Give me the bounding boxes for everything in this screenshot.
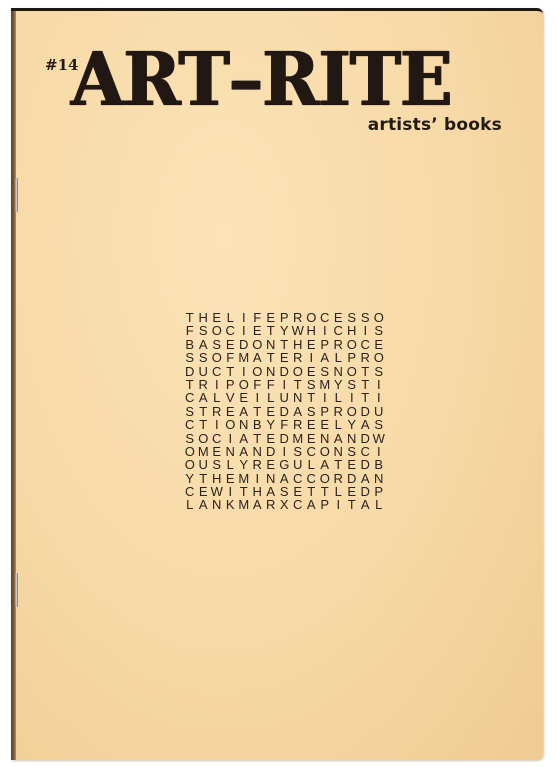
grid-letter: U: [278, 391, 292, 404]
binding-spine: [11, 11, 16, 760]
grid-letter: E: [264, 432, 278, 445]
grid-letter: T: [359, 391, 373, 404]
grid-letter: O: [305, 311, 319, 324]
grid-letter: E: [251, 324, 265, 337]
grid-letter: I: [210, 418, 224, 431]
grid-letter: L: [372, 498, 386, 511]
grid-letter: O: [318, 472, 332, 485]
grid-letter: I: [372, 445, 386, 458]
grid-letter: U: [197, 458, 211, 471]
grid-letter: H: [197, 311, 211, 324]
grid-letter: A: [359, 418, 373, 431]
grid-letter: B: [372, 458, 386, 471]
grid-letter: C: [291, 498, 305, 511]
grid-letter: T: [345, 498, 359, 511]
grid-letter: I: [224, 485, 238, 498]
grid-letter: X: [278, 498, 292, 511]
magazine-cover: #14 ART–RITE artists’ books THELIFEPROCE…: [11, 8, 543, 760]
grid-letter: F: [251, 311, 265, 324]
grid-letter: L: [332, 485, 346, 498]
grid-letter: R: [197, 378, 211, 391]
grid-letter: R: [332, 405, 346, 418]
grid-letter: O: [251, 338, 265, 351]
grid-letter: Y: [183, 472, 197, 485]
grid-letter: A: [318, 458, 332, 471]
grid-letter: I: [372, 378, 386, 391]
grid-letter: L: [224, 458, 238, 471]
grid-letter: Y: [332, 378, 346, 391]
grid-letter: I: [237, 324, 251, 337]
grid-letter: C: [183, 418, 197, 431]
grid-letter: M: [318, 378, 332, 391]
grid-letter: R: [291, 418, 305, 431]
grid-letter: M: [237, 351, 251, 364]
grid-letter: N: [251, 445, 265, 458]
grid-letter: D: [278, 365, 292, 378]
grid-letter: Y: [264, 418, 278, 431]
grid-letter: I: [278, 445, 292, 458]
grid-row: BASEDONTHEPROCE: [183, 338, 386, 351]
grid-letter: T: [183, 311, 197, 324]
grid-letter: I: [278, 378, 292, 391]
grid-letter: S: [291, 445, 305, 458]
grid-letter: O: [210, 324, 224, 337]
grid-letter: E: [291, 485, 305, 498]
grid-letter: O: [183, 458, 197, 471]
grid-letter: S: [359, 311, 373, 324]
grid-letter: O: [345, 365, 359, 378]
grid-letter: O: [183, 445, 197, 458]
grid-letter: N: [264, 338, 278, 351]
grid-letter: R: [332, 338, 346, 351]
grid-letter: T: [278, 338, 292, 351]
grid-letter: T: [359, 378, 373, 391]
grid-letter: F: [224, 351, 238, 364]
grid-letter: N: [332, 365, 346, 378]
grid-letter: K: [224, 498, 238, 511]
grid-letter: H: [305, 324, 319, 337]
grid-row: CEWITHASETTLEDP: [183, 485, 386, 498]
grid-letter: Y: [237, 458, 251, 471]
grid-letter: T: [251, 432, 265, 445]
grid-letter: P: [372, 485, 386, 498]
grid-letter: A: [237, 445, 251, 458]
grid-letter: T: [251, 405, 265, 418]
grid-letter: I: [359, 324, 373, 337]
grid-letter: N: [264, 365, 278, 378]
grid-letter: I: [251, 391, 265, 404]
grid-row: SOCIATEDMENANDW: [183, 432, 386, 445]
grid-row: THELIFEPROCESSO: [183, 311, 386, 324]
letter-grid: THELIFEPROCESSOFSOCIETYWHICHISBASEDONTHE…: [183, 311, 386, 512]
grid-letter: I: [251, 472, 265, 485]
grid-letter: A: [332, 432, 346, 445]
grid-letter: I: [332, 498, 346, 511]
grid-letter: O: [345, 338, 359, 351]
grid-letter: C: [359, 338, 373, 351]
grid-letter: N: [345, 432, 359, 445]
grid-letter: P: [278, 311, 292, 324]
grid-letter: S: [318, 365, 332, 378]
grid-letter: F: [183, 324, 197, 337]
grid-letter: S: [305, 378, 319, 391]
grid-letter: E: [224, 338, 238, 351]
grid-row: STREATEDASPRODU: [183, 405, 386, 418]
grid-letter: C: [291, 472, 305, 485]
grid-letter: O: [318, 445, 332, 458]
grid-letter: E: [224, 405, 238, 418]
grid-letter: T: [305, 391, 319, 404]
grid-letter: U: [291, 458, 305, 471]
grid-letter: E: [237, 391, 251, 404]
grid-letter: T: [224, 365, 238, 378]
grid-letter: T: [359, 365, 373, 378]
grid-letter: I: [372, 391, 386, 404]
grid-letter: O: [210, 351, 224, 364]
grid-letter: E: [278, 351, 292, 364]
issue-subtitle: artists’ books: [368, 115, 502, 135]
grid-letter: T: [197, 405, 211, 418]
grid-letter: A: [264, 485, 278, 498]
grid-letter: O: [251, 365, 265, 378]
grid-letter: D: [359, 485, 373, 498]
grid-letter: E: [224, 472, 238, 485]
grid-letter: F: [264, 378, 278, 391]
grid-letter: U: [372, 405, 386, 418]
grid-letter: G: [278, 458, 292, 471]
grid-letter: N: [318, 432, 332, 445]
grid-letter: I: [345, 391, 359, 404]
grid-letter: O: [345, 405, 359, 418]
grid-letter: S: [183, 405, 197, 418]
grid-letter: D: [359, 432, 373, 445]
grid-letter: D: [359, 458, 373, 471]
grid-letter: C: [359, 445, 373, 458]
grid-letter: S: [372, 418, 386, 431]
grid-row: OUSLYREGULATEDB: [183, 458, 386, 471]
grid-letter: T: [305, 485, 319, 498]
grid-letter: L: [264, 391, 278, 404]
grid-letter: A: [251, 498, 265, 511]
grid-letter: L: [210, 391, 224, 404]
grid-letter: E: [264, 458, 278, 471]
staple-top: [15, 178, 18, 212]
grid-letter: E: [372, 338, 386, 351]
grid-letter: C: [318, 311, 332, 324]
grid-letter: O: [197, 432, 211, 445]
grid-row: FSOCIETYWHICHIS: [183, 324, 386, 337]
grid-letter: D: [278, 432, 292, 445]
grid-letter: I: [224, 432, 238, 445]
grid-letter: D: [345, 472, 359, 485]
grid-letter: U: [197, 365, 211, 378]
grid-letter: C: [210, 432, 224, 445]
grid-letter: D: [264, 445, 278, 458]
grid-letter: A: [237, 405, 251, 418]
grid-letter: S: [197, 324, 211, 337]
grid-letter: I: [318, 391, 332, 404]
grid-letter: P: [224, 378, 238, 391]
grid-letter: M: [291, 432, 305, 445]
grid-letter: W: [291, 324, 305, 337]
grid-letter: E: [305, 432, 319, 445]
grid-letter: C: [332, 324, 346, 337]
grid-letter: T: [264, 351, 278, 364]
grid-letter: C: [224, 324, 238, 337]
grid-row: SSOFMATERIALPRO: [183, 351, 386, 364]
grid-letter: S: [345, 378, 359, 391]
grid-letter: S: [183, 351, 197, 364]
grid-letter: N: [291, 391, 305, 404]
grid-letter: A: [291, 405, 305, 418]
grid-letter: E: [345, 458, 359, 471]
grid-letter: A: [359, 472, 373, 485]
grid-letter: M: [237, 498, 251, 511]
grid-letter: I: [305, 351, 319, 364]
grid-letter: E: [305, 365, 319, 378]
grid-letter: E: [210, 311, 224, 324]
grid-letter: H: [291, 338, 305, 351]
grid-letter: R: [332, 472, 346, 485]
grid-letter: B: [183, 338, 197, 351]
grid-letter: V: [224, 391, 238, 404]
grid-letter: R: [264, 498, 278, 511]
grid-letter: C: [183, 391, 197, 404]
grid-letter: T: [291, 378, 305, 391]
grid-letter: N: [372, 472, 386, 485]
grid-letter: M: [237, 472, 251, 485]
grid-letter: A: [359, 498, 373, 511]
grid-letter: B: [251, 418, 265, 431]
grid-letter: H: [345, 324, 359, 337]
grid-letter: I: [318, 324, 332, 337]
grid-row: OMENANDISCONSCI: [183, 445, 386, 458]
grid-letter: H: [210, 472, 224, 485]
grid-letter: I: [237, 365, 251, 378]
grid-letter: T: [197, 472, 211, 485]
grid-letter: E: [305, 338, 319, 351]
grid-letter: T: [318, 485, 332, 498]
grid-letter: A: [305, 498, 319, 511]
grid-letter: T: [183, 378, 197, 391]
grid-letter: W: [210, 485, 224, 498]
grid-letter: C: [305, 472, 319, 485]
grid-letter: D: [237, 338, 251, 351]
grid-letter: F: [251, 378, 265, 391]
grid-letter: D: [278, 405, 292, 418]
grid-letter: N: [264, 472, 278, 485]
grid-letter: O: [372, 311, 386, 324]
grid-letter: S: [372, 324, 386, 337]
grid-letter: R: [291, 311, 305, 324]
grid-letter: I: [237, 311, 251, 324]
grid-letter: L: [224, 311, 238, 324]
grid-row: CALVEILUNTILITI: [183, 391, 386, 404]
grid-letter: S: [197, 351, 211, 364]
grid-row: YTHEMINACCORDAN: [183, 472, 386, 485]
grid-letter: Y: [278, 324, 292, 337]
grid-letter: S: [210, 458, 224, 471]
grid-letter: W: [372, 432, 386, 445]
grid-letter: I: [210, 378, 224, 391]
grid-letter: M: [197, 445, 211, 458]
grid-letter: F: [278, 418, 292, 431]
grid-row: LANKMARXCAPITAL: [183, 498, 386, 511]
grid-letter: E: [197, 485, 211, 498]
grid-letter: S: [345, 311, 359, 324]
grid-letter: S: [372, 365, 386, 378]
grid-row: CTIONBYFREELYAS: [183, 418, 386, 431]
grid-letter: L: [332, 418, 346, 431]
grid-letter: N: [237, 418, 251, 431]
grid-letter: A: [237, 432, 251, 445]
grid-letter: N: [210, 498, 224, 511]
grid-letter: S: [305, 405, 319, 418]
grid-letter: T: [332, 458, 346, 471]
grid-letter: S: [345, 445, 359, 458]
grid-letter: E: [332, 311, 346, 324]
grid-letter: R: [359, 351, 373, 364]
grid-letter: E: [305, 418, 319, 431]
grid-letter: N: [332, 445, 346, 458]
grid-letter: D: [359, 405, 373, 418]
grid-letter: A: [197, 391, 211, 404]
grid-letter: C: [210, 365, 224, 378]
grid-letter: H: [251, 485, 265, 498]
grid-letter: E: [345, 485, 359, 498]
grid-letter: A: [251, 351, 265, 364]
grid-letter: R: [210, 405, 224, 418]
grid-letter: N: [224, 445, 238, 458]
grid-letter: A: [278, 472, 292, 485]
grid-letter: L: [183, 498, 197, 511]
grid-letter: R: [251, 458, 265, 471]
grid-letter: E: [264, 405, 278, 418]
grid-letter: L: [332, 391, 346, 404]
grid-letter: S: [278, 485, 292, 498]
grid-row: DUCTIONDOESNOTS: [183, 365, 386, 378]
grid-letter: O: [372, 351, 386, 364]
grid-letter: O: [237, 378, 251, 391]
grid-letter: D: [183, 365, 197, 378]
grid-letter: E: [264, 311, 278, 324]
staple-bottom: [15, 573, 18, 607]
grid-letter: T: [264, 324, 278, 337]
grid-letter: A: [197, 498, 211, 511]
grid-letter: O: [224, 418, 238, 431]
masthead-title: ART–RITE: [71, 35, 480, 125]
grid-letter: L: [305, 458, 319, 471]
grid-letter: S: [183, 432, 197, 445]
grid-letter: P: [318, 338, 332, 351]
grid-letter: T: [237, 485, 251, 498]
grid-letter: R: [291, 351, 305, 364]
grid-letter: T: [197, 418, 211, 431]
grid-letter: E: [210, 445, 224, 458]
grid-letter: L: [332, 351, 346, 364]
grid-letter: A: [197, 338, 211, 351]
grid-letter: C: [183, 485, 197, 498]
grid-letter: Y: [345, 418, 359, 431]
grid-letter: C: [305, 445, 319, 458]
grid-letter: O: [291, 365, 305, 378]
grid-letter: P: [318, 498, 332, 511]
grid-letter: P: [345, 351, 359, 364]
grid-letter: S: [210, 338, 224, 351]
grid-letter: A: [318, 351, 332, 364]
grid-letter: P: [318, 405, 332, 418]
grid-letter: E: [318, 418, 332, 431]
grid-row: TRIPOFFITSMYSTI: [183, 378, 386, 391]
